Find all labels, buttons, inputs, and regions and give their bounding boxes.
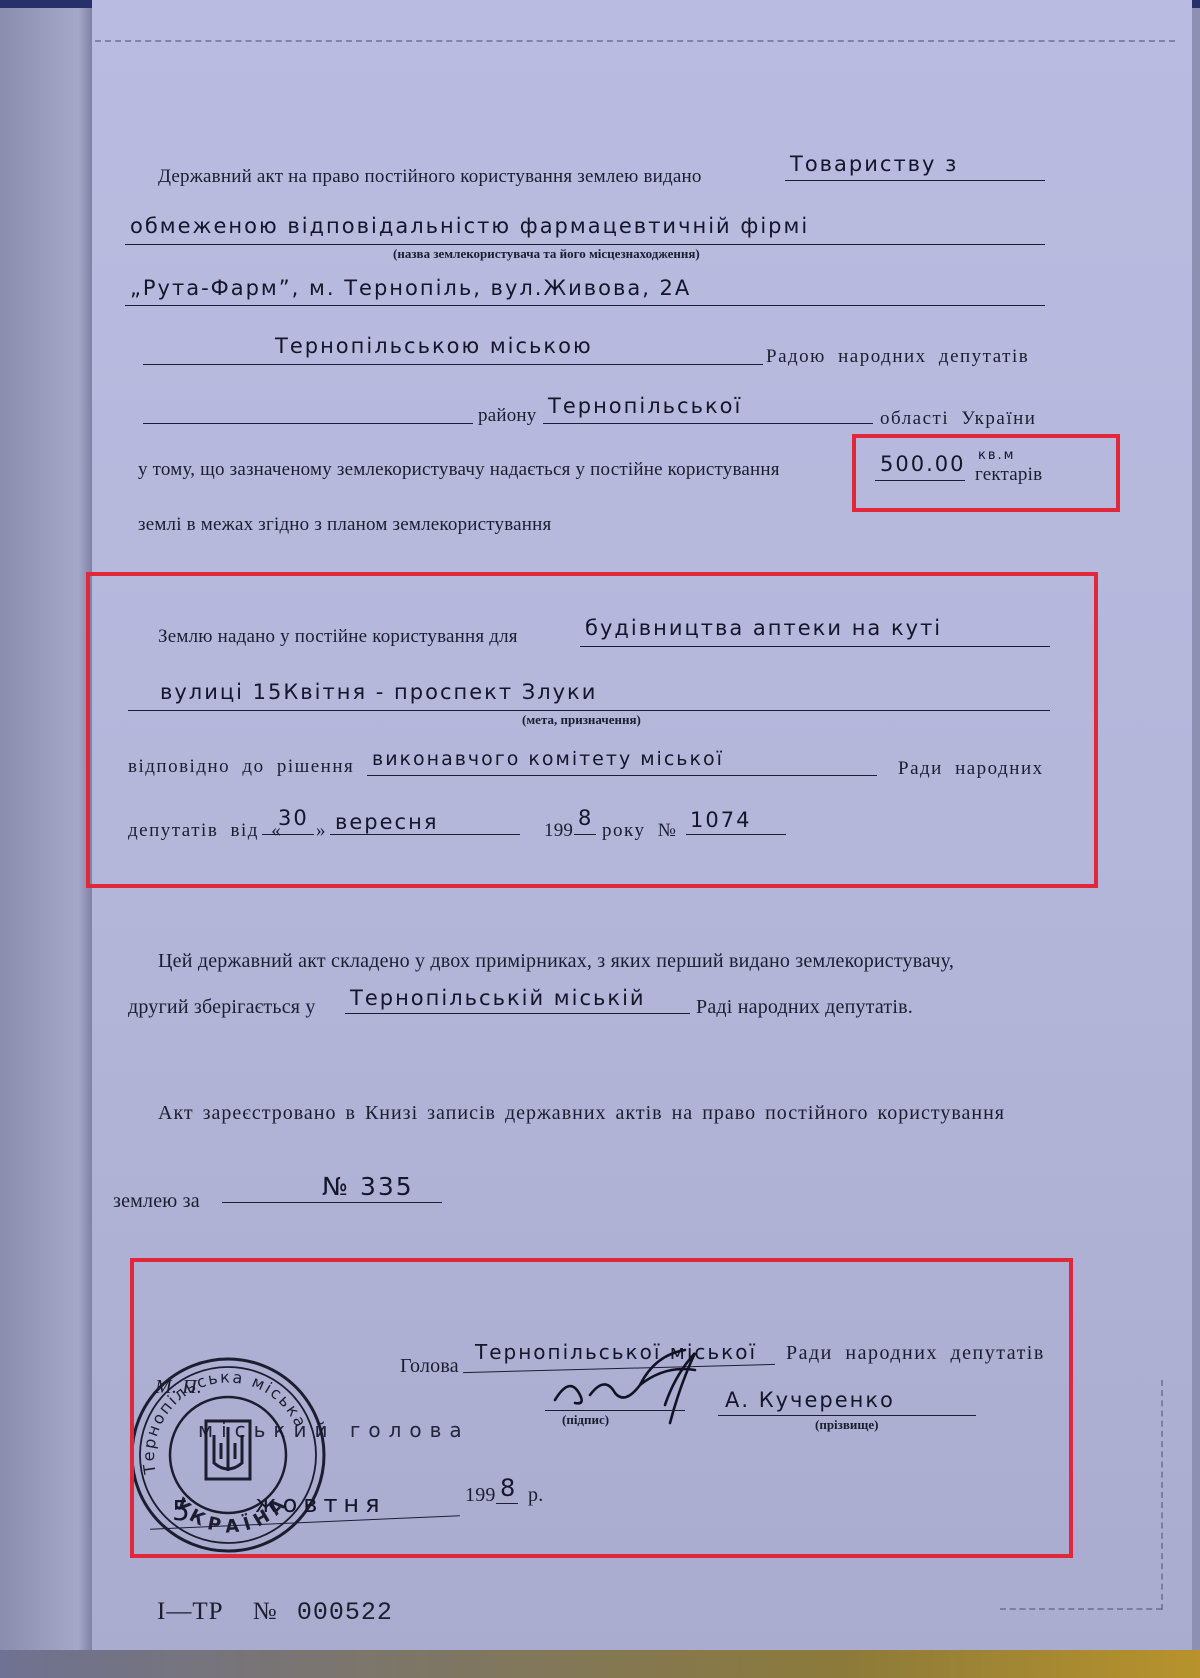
serial-number-sign: № (253, 1598, 278, 1625)
fill-line (143, 423, 473, 424)
table-surface (0, 1650, 1200, 1678)
fill-line (222, 1202, 442, 1203)
recipient-caption: (назва землекористувача та його місцезна… (393, 246, 700, 262)
copies-council: Раді народних депутатів. (696, 996, 913, 1019)
registration-label: землею за (113, 1190, 200, 1213)
perforation-line (1161, 1380, 1163, 1610)
recipient-handwritten: Товариству з (790, 152, 958, 176)
book-binding (0, 0, 92, 1678)
copies-keeper: Тернопільській міській (350, 986, 646, 1010)
perforation-line (95, 40, 1175, 42)
highlight-signature-box (130, 1258, 1073, 1558)
fill-line (785, 180, 1045, 181)
act-intro-text: Державний акт на право постійного корист… (158, 166, 702, 188)
grant-text: у тому, що зазначеному землекористувачу … (138, 459, 780, 481)
perforation-line (1000, 1608, 1162, 1610)
registration-text: Акт зареєстровано в Книзі записів держав… (158, 1102, 1005, 1125)
serial-series: I—ТР (157, 1598, 224, 1625)
fill-line (345, 1013, 690, 1014)
registration-number: № 335 (322, 1172, 414, 1201)
fill-line (543, 423, 873, 424)
copies-text: Цей державний акт складено у двох примір… (158, 950, 954, 973)
council-printed: Радою народних депутатів (766, 346, 1029, 368)
form-serial: I—ТР № 000522 (157, 1598, 393, 1627)
oblast-label: області України (880, 408, 1036, 430)
fill-line (125, 244, 1045, 245)
fill-line (143, 364, 763, 365)
oblast-handwritten: Тернопільської (548, 394, 742, 418)
highlight-purpose-box (86, 572, 1098, 888)
council-handwritten: Тернопільською міською (275, 334, 593, 358)
recipient-handwritten-2: обмеженою відповідальністю фармацевтичні… (130, 214, 809, 238)
fill-line (125, 305, 1045, 306)
highlight-area-box (852, 434, 1120, 512)
boundary-text: землі в межах згідно з планом землекорис… (138, 514, 551, 536)
district-label: району (478, 405, 536, 427)
serial-number: 000522 (297, 1598, 393, 1627)
recipient-address: „Рута-Фарм”, м. Тернопіль, вул.Живова, 2… (130, 276, 691, 300)
copies-second-label: другий зберігається у (128, 996, 316, 1019)
